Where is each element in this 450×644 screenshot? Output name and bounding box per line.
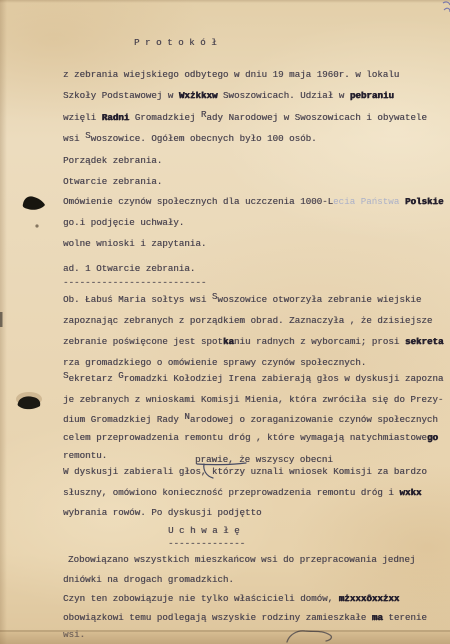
- text-segment: z zebrania wiejskiego odbytego w dniu 19…: [63, 69, 399, 80]
- text-segment: terenie: [383, 612, 427, 623]
- text-segment: woszowice otworzyła zebranie wiejskie: [217, 294, 421, 305]
- doc-line: W dyskusji zabierali głos, którzy uznali…: [63, 466, 427, 477]
- paper-background: P r o t o k ó łz zebrania wiejskiego odb…: [0, 0, 450, 644]
- doc-line: wsi Swoszowice. Ogółem obecnych było 100…: [63, 133, 317, 144]
- doc-line: Szkoły Podstawowej w Wxżkkxw Swoszowicac…: [63, 90, 394, 101]
- doc-line: go.i podjęcie uchwały.: [63, 217, 184, 228]
- text-segment: pebraniu: [350, 90, 394, 101]
- text-segment: W dyskusji zabierali głos, którzy uznali…: [63, 466, 427, 477]
- text-segment: romadzki Kołodziej Irena zabierają głos …: [124, 373, 444, 384]
- resolution-heading: U c h w a ł ę: [168, 525, 240, 536]
- text-segment: woszowice. Ogółem obecnych było 100 osób…: [91, 133, 317, 144]
- text-segment: Otwarcie zebrania.: [63, 176, 162, 187]
- text-segment: ecia Państwa: [333, 196, 405, 207]
- text-segment: Szkoły Podstawowej w: [63, 90, 179, 101]
- doc-line: Zobowiązano wszystkich mieszkańcow wsi d…: [68, 554, 415, 565]
- doc-line: je zebranych z wnioskami Komisji Mienia,…: [63, 394, 443, 405]
- doc-line: z zebrania wiejskiego odbytego w dniu 19…: [63, 69, 399, 80]
- text-segment: go.i podjęcie uchwały.: [63, 217, 184, 228]
- doc-line: wolne wnioski i zapytania.: [63, 238, 206, 249]
- text-segment: wxkx: [399, 487, 421, 498]
- doc-line: Czyn ten zobowiązuje nie tylko właścicie…: [63, 593, 399, 604]
- text-segment: ma: [372, 612, 383, 623]
- text-segment: Porządek zebrania.: [63, 155, 162, 166]
- doc-line: dium Gromadzkiej Rady Narodowej o zoraga…: [63, 414, 438, 425]
- doc-line: Omówienie czynów społecznych dla uczczen…: [63, 196, 443, 207]
- document-lines: P r o t o k ó łz zebrania wiejskiego odb…: [0, 0, 450, 644]
- doc-line: słuszny, omówiono konieczność przeprowad…: [63, 487, 421, 498]
- text-segment: wsi: [63, 133, 85, 144]
- text-segment: ka: [223, 336, 234, 347]
- text-segment: go: [427, 432, 438, 443]
- dashed-rule: --------------------------: [63, 277, 206, 288]
- text-segment: ad. 1 Otwarcie zebrania.: [63, 263, 195, 274]
- text-segment: obowiązkowi temu podlegają wszyskie rodz…: [63, 612, 372, 623]
- text-segment: rza gromadzkiego o omówienie sprawy czyn…: [63, 357, 366, 368]
- text-segment: N: [184, 411, 190, 422]
- scanned-document-page: { "document": { "kind": "typewritten mee…: [0, 0, 450, 644]
- text-segment: ady Narodowej w Swoszowicach i obywatele: [206, 112, 427, 123]
- text-segment: U c h w a ł ę: [168, 525, 240, 536]
- doc-line: dniówki na drogach gromadzkich.: [63, 574, 234, 585]
- text-segment: sekreta: [405, 336, 444, 347]
- text-segment: ekretarz: [69, 373, 119, 384]
- text-segment: Polskie: [405, 196, 444, 207]
- text-segment: P r o t o k ó ł: [134, 37, 217, 48]
- text-segment: dniówki na drogach gromadzkich.: [63, 574, 234, 585]
- text-segment: --------------: [168, 538, 245, 549]
- dashed-rule: --------------: [168, 538, 245, 549]
- text-segment: Gromadzkiej: [129, 112, 201, 123]
- text-segment: celem przeprowadzenia remontu dróg , któ…: [63, 432, 427, 443]
- text-segment: wzięli: [63, 112, 102, 123]
- text-segment: dium Gromadzkiej Rady: [63, 414, 184, 425]
- doc-line: remontu.: [63, 450, 107, 461]
- text-segment: mżxxxôxxżxx: [339, 593, 400, 604]
- doc-line: Sekretarz Gromadzki Kołodziej Irena zabi…: [63, 373, 443, 384]
- text-segment: je zebranych z wnioskami Komisji Mienia,…: [63, 394, 443, 405]
- doc-line: zapoznając zebranych z porządkiem obrad.…: [63, 315, 432, 326]
- text-segment: Wxżkkxw: [179, 90, 218, 101]
- text-segment: wolne wnioski i zapytania.: [63, 238, 206, 249]
- text-segment: remontu.: [63, 450, 107, 461]
- bottom-fold-band: [0, 632, 450, 644]
- doc-line: ad. 1 Otwarcie zebrania.: [63, 263, 195, 274]
- doc-line: Ob. Łabuś Maria sołtys wsi Swoszowice ot…: [63, 294, 421, 305]
- text-segment: --------------------------: [63, 277, 206, 288]
- doc-line: zebranie poświęcone jest spotkaniu radny…: [63, 336, 443, 347]
- text-segment: zapoznając zebranych z porządkiem obrad.…: [63, 315, 432, 326]
- text-segment: Omówienie czynów społecznych dla uczczen…: [63, 196, 333, 207]
- text-segment: Swoszowicach. Udział w: [217, 90, 349, 101]
- text-segment: G: [118, 370, 124, 381]
- text-segment: słuszny, omówiono konieczność przeprowad…: [63, 487, 399, 498]
- doc-line: Otwarcie zebrania.: [63, 176, 162, 187]
- text-segment: S: [63, 370, 69, 381]
- text-segment: zebranie poświęcone jest spot: [63, 336, 223, 347]
- text-segment: S: [85, 130, 91, 141]
- text-segment: arodowej o zoraganizowanie czynów społec…: [190, 414, 438, 425]
- text-segment: Zobowiązano wszystkich mieszkańcow wsi d…: [68, 554, 415, 565]
- text-segment: S: [212, 291, 218, 302]
- text-segment: niu radnych z wyborcami; prosi: [234, 336, 405, 347]
- text-segment: Czyn ten zobowiązuje nie tylko właścicie…: [63, 593, 339, 604]
- doc-line: wzięli Radni Gromadzkiej Rady Narodowej …: [63, 112, 427, 123]
- text-segment: wybrania rowów. Po dyskusji podjętto: [63, 507, 261, 518]
- doc-line: wybrania rowów. Po dyskusji podjętto: [63, 507, 261, 518]
- text-segment: R: [201, 109, 207, 120]
- text-segment: Radni: [102, 112, 130, 123]
- doc-title: P r o t o k ó ł: [134, 37, 217, 48]
- typed-insertion: prawie, że wszyscy obecni: [195, 454, 333, 465]
- text-segment: Ob. Łabuś Maria sołtys wsi: [63, 294, 212, 305]
- text-segment: prawie, że wszyscy obecni: [195, 454, 333, 465]
- doc-line: rza gromadzkiego o omówienie sprawy czyn…: [63, 357, 366, 368]
- doc-line: obowiązkowi temu podlegają wszyskie rodz…: [63, 612, 427, 623]
- doc-line: Porządek zebrania.: [63, 155, 162, 166]
- doc-line: celem przeprowadzenia remontu dróg , któ…: [63, 432, 438, 443]
